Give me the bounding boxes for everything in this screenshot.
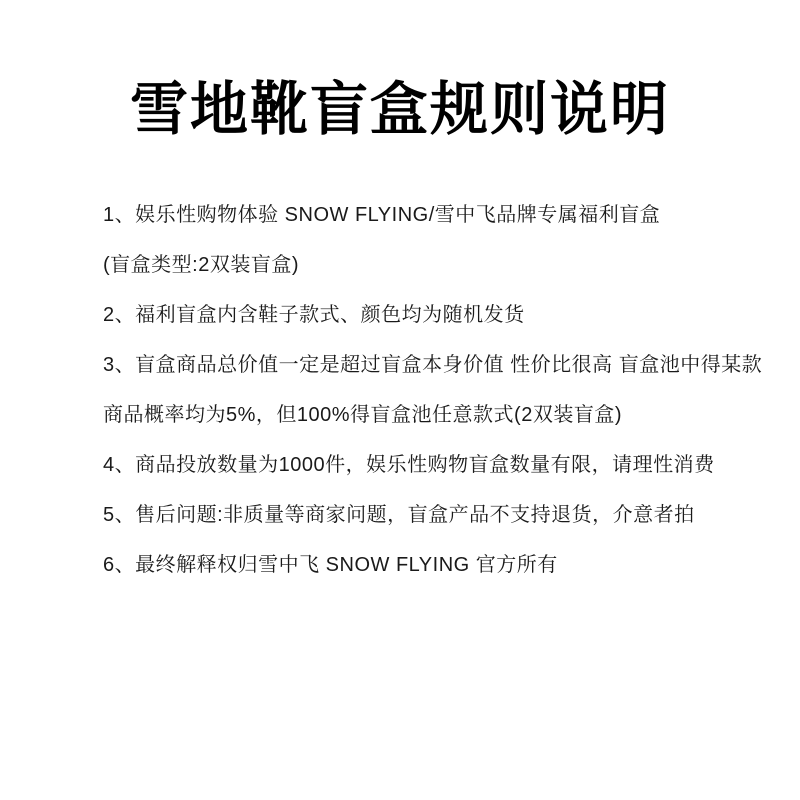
blind-box-rules-poster: 雪地靴盲盒规则说明 1、娱乐性购物体验 SNOW FLYING/雪中飞品牌专属福… — [0, 0, 800, 800]
rule-line-1: 1、娱乐性购物体验 SNOW FLYING/雪中飞品牌专属福利盲盒 — [103, 190, 760, 240]
rules-list: 1、娱乐性购物体验 SNOW FLYING/雪中飞品牌专属福利盲盒 (盲盒类型:… — [103, 190, 760, 590]
rule-line-5: 5、售后问题:非质量等商家问题，盲盒产品不支持退货，介意者拍 — [103, 490, 760, 540]
rule-line-2: 2、福利盲盒内含鞋子款式、颜色均为随机发货 — [103, 290, 760, 340]
rule-line-6: 6、最终解释权归雪中飞 SNOW FLYING 官方所有 — [103, 540, 760, 590]
rule-line-3: 3、盲盒商品总价值一定是超过盲盒本身价值 性价比很高 盲盒池中得某款 — [103, 340, 760, 390]
page-title: 雪地靴盲盒规则说明 — [0, 72, 800, 148]
rule-line-1-note: (盲盒类型:2双装盲盒) — [103, 240, 760, 290]
rule-line-4: 4、商品投放数量为1000件，娱乐性购物盲盒数量有限，请理性消费 — [103, 440, 760, 490]
rule-line-3-continued: 商品概率均为5%，但100%得盲盒池任意款式(2双装盲盒) — [103, 390, 760, 440]
